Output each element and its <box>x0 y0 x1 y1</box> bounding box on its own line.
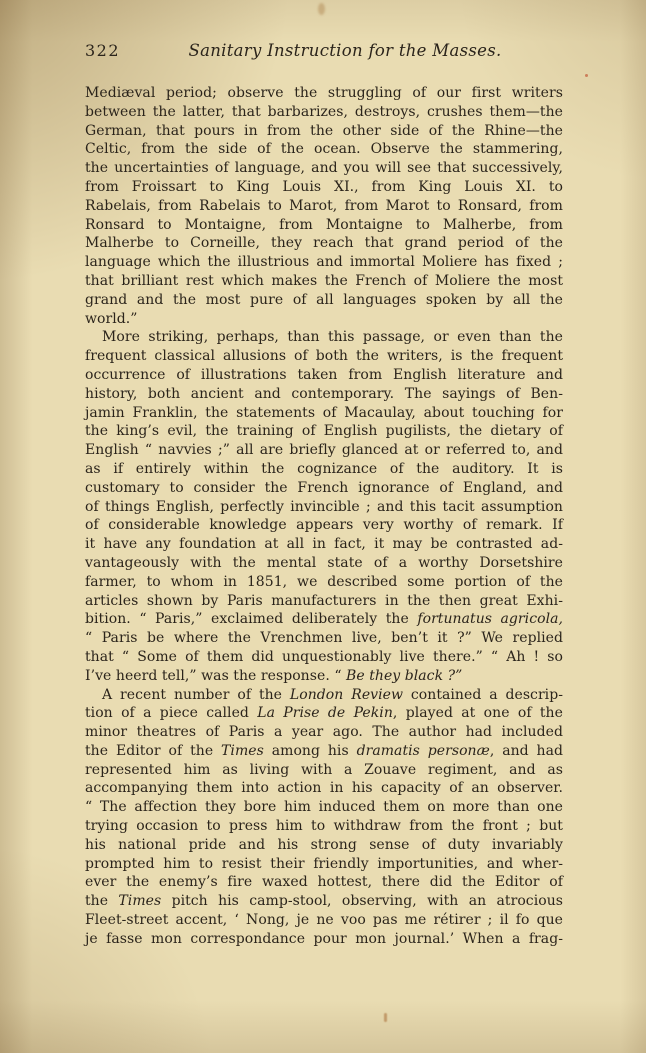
text-line: vantageously with the mental state of a … <box>85 554 563 573</box>
text-line: the uncertainties of language, and you w… <box>85 159 563 178</box>
text-line: bition. “ Paris,” exclaimed deliberately… <box>85 610 563 629</box>
text-line: ever the enemy’s fire waxed hottest, the… <box>85 873 563 892</box>
paragraph: A recent number of the London Review con… <box>85 686 563 949</box>
text-line: occurrence of illustrations taken from E… <box>85 366 563 385</box>
text-line: as if entirely within the cognizance of … <box>85 460 563 479</box>
text-line: represented him as living with a Zouave … <box>85 761 563 780</box>
text-line: the king’s evil, the training of English… <box>85 422 563 441</box>
text-line: customary to consider the French ignoran… <box>85 479 563 498</box>
text-line: Rabelais, from Rabelais to Marot, from M… <box>85 197 563 216</box>
text-line: German, that pours in from the other sid… <box>85 122 563 141</box>
text-line: Celtic, from the side of the ocean. Obse… <box>85 140 563 159</box>
text-line: of things English, perfectly invincible … <box>85 498 563 517</box>
text-line: More striking, perhaps, than this passag… <box>85 328 563 347</box>
text-line: world.” <box>85 310 563 329</box>
text-block: Mediæval period; observe the struggling … <box>85 84 563 949</box>
text-line: prompted him to resist their friendly im… <box>85 855 563 874</box>
text-line: history, both ancient and contemporary. … <box>85 385 563 404</box>
text-line: that brilliant rest which makes the Fren… <box>85 272 563 291</box>
paper-blemish <box>318 3 325 15</box>
text-line: Mediæval period; observe the struggling … <box>85 84 563 103</box>
text-line: his national pride and his strong sense … <box>85 836 563 855</box>
text-line: from Froissart to King Louis XI., from K… <box>85 178 563 197</box>
text-line: farmer, to whom in 1851, we described so… <box>85 573 563 592</box>
text-line: I’ve heerd tell,” was the response. “ Be… <box>85 667 563 686</box>
text-line: grand and the most pure of all languages… <box>85 291 563 310</box>
paragraph: More striking, perhaps, than this passag… <box>85 328 563 685</box>
text-line: frequent classical allusions of both the… <box>85 347 563 366</box>
text-line: accompanying them into action in his cap… <box>85 779 563 798</box>
text-line: trying occasion to press him to withdraw… <box>85 817 563 836</box>
text-line: English “ navvies ;” all are briefly gla… <box>85 441 563 460</box>
text-line: Fleet-street accent, ‘ Nong, je ne voo p… <box>85 911 563 930</box>
paper-blemish <box>585 74 588 77</box>
text-line: between the latter, that barbarizes, des… <box>85 103 563 122</box>
text-line: Malherbe to Corneille, they reach that g… <box>85 234 563 253</box>
text-line: “ Paris be where the Vrenchmen live, ben… <box>85 629 563 648</box>
text-line: the Editor of the Times among his dramat… <box>85 742 563 761</box>
page-header: 322 Sanitary Instruction for the Masses. <box>85 41 563 60</box>
text-line: language which the illustrious and immor… <box>85 253 563 272</box>
text-line: it have any foundation at all in fact, i… <box>85 535 563 554</box>
text-line: articles shown by Paris manufacturers in… <box>85 592 563 611</box>
text-line: the Times pitch his camp-stool, observin… <box>85 892 563 911</box>
text-line: “ The affection they bore him induced th… <box>85 798 563 817</box>
text-line: minor theatres of Paris a year ago. The … <box>85 723 563 742</box>
paragraph: Mediæval period; observe the struggling … <box>85 84 563 328</box>
text-line: tion of a piece called La Prise de Pekin… <box>85 704 563 723</box>
book-page: 322 Sanitary Instruction for the Masses.… <box>0 0 646 1053</box>
text-line: je fasse mon correspondance pour mon jou… <box>85 930 563 949</box>
text-line: A recent number of the London Review con… <box>85 686 563 705</box>
text-line: that “ Some of them did unquestionably l… <box>85 648 563 667</box>
text-line: jamin Franklin, the statements of Macaul… <box>85 404 563 423</box>
text-line: Ronsard to Montaigne, from Montaigne to … <box>85 216 563 235</box>
page-number: 322 <box>85 41 127 60</box>
running-title: Sanitary Instruction for the Masses. <box>127 41 563 60</box>
text-line: of considerable knowledge appears very w… <box>85 516 563 535</box>
paper-blemish <box>384 1013 387 1022</box>
